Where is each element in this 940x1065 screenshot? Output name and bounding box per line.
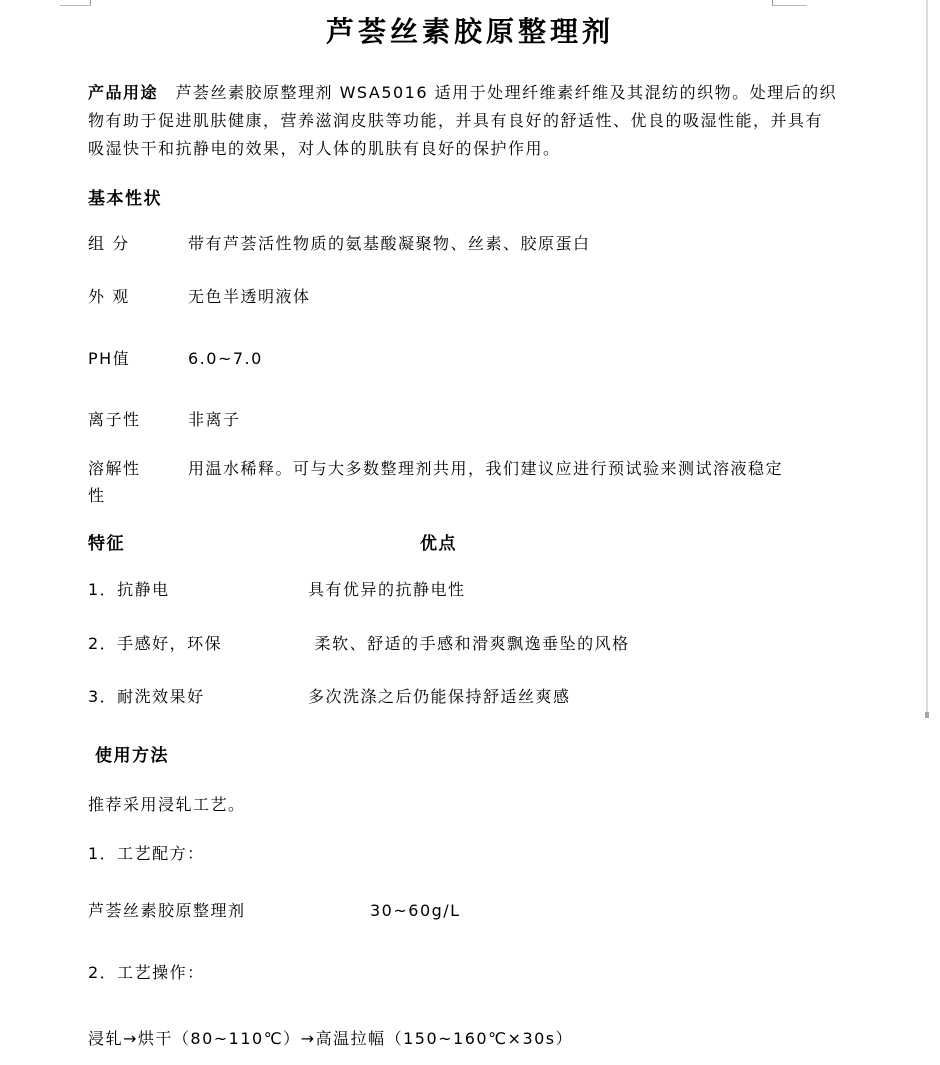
section-heading-basic: 基本性状 xyxy=(88,184,162,209)
intro-label: 产品用途 xyxy=(88,83,158,102)
property-value: 带有芦荟活性物质的氨基酸凝聚物、丝素、胶原蛋白 xyxy=(188,234,591,253)
property-label: 溶解性 xyxy=(88,455,188,482)
property-value: 6.0~7.0 xyxy=(188,349,263,368)
property-row-appearance: 外 观无色半透明液体 xyxy=(88,283,908,310)
page-edge-line-end-tick xyxy=(925,712,929,718)
usage-step2-title: 2．工艺操作： xyxy=(88,959,205,987)
property-label: 外 观 xyxy=(88,283,188,310)
feature-name: 2．手感好，环保 xyxy=(88,630,308,658)
feature-row-antistatic: 1．抗静电具有优异的抗静电性 xyxy=(88,576,928,604)
advantage-text: 具有优异的抗静电性 xyxy=(308,580,466,599)
usage-process-line: 浸轧→烘干（80~110℃）→高温拉幅（150~160℃×30s） xyxy=(88,1025,573,1053)
advantage-text: 多次洗涤之后仍能保持舒适丝爽感 xyxy=(308,687,571,706)
intro-paragraph: 产品用途 芦荟丝素胶原整理剂 WSA5016 适用于处理纤维素纤维及其混纺的织物… xyxy=(88,79,928,163)
property-row-ionicity: 离子性非离子 xyxy=(88,406,908,433)
property-value: 非离子 xyxy=(188,410,241,429)
recipe-row: 芦荟丝素胶原整理剂30~60g/L xyxy=(88,897,928,925)
property-label: PH值 xyxy=(88,345,188,372)
recipe-dosage: 30~60g/L xyxy=(370,901,461,920)
page-title: 芦荟丝素胶原整理剂 xyxy=(0,10,940,50)
property-row-ph: PH值6.0~7.0 xyxy=(88,345,908,372)
feature-row-handfeel: 2．手感好，环保 柔软、舒适的手感和滑爽飘逸垂坠的风格 xyxy=(88,630,928,658)
text-boundary-mark-top-right xyxy=(772,0,807,6)
recipe-name: 芦荟丝素胶原整理剂 xyxy=(88,897,370,925)
feature-row-washfast: 3．耐洗效果好多次洗涤之后仍能保持舒适丝爽感 xyxy=(88,683,928,711)
feature-name: 1．抗静电 xyxy=(88,576,308,604)
text-boundary-mark-top-left xyxy=(60,0,91,6)
usage-step1-title: 1．工艺配方： xyxy=(88,840,205,868)
feature-name: 3．耐洗效果好 xyxy=(88,683,308,711)
advantage-column-heading: 优点 xyxy=(420,534,457,554)
property-label: 组 分 xyxy=(88,230,188,257)
feature-column-heading: 特征 xyxy=(88,529,420,554)
advantage-text: 柔软、舒适的手感和滑爽飘逸垂坠的风格 xyxy=(308,634,630,653)
section-heading-usage: 使用方法 xyxy=(95,741,169,766)
features-header-row: 特征优点 xyxy=(88,529,908,554)
document-page: 芦荟丝素胶原整理剂 产品用途 芦荟丝素胶原整理剂 WSA5016 适用于处理纤维… xyxy=(0,0,940,1065)
property-value: 无色半透明液体 xyxy=(188,287,311,306)
usage-intro: 推荐采用浸轧工艺。 xyxy=(88,791,246,819)
intro-text: 芦荟丝素胶原整理剂 WSA5016 适用于处理纤维素纤维及其混纺的织物。处理后的… xyxy=(88,83,837,158)
property-row-component: 组 分带有芦荟活性物质的氨基酸凝聚物、丝素、胶原蛋白 xyxy=(88,230,908,257)
property-row-solubility: 溶解性用温水稀释。可与大多数整理剂共用，我们建议应进行预试验来测试溶液稳定 性 xyxy=(88,455,908,509)
property-label: 离子性 xyxy=(88,406,188,433)
property-value: 用温水稀释。可与大多数整理剂共用，我们建议应进行预试验来测试溶液稳定 性 xyxy=(88,459,783,505)
